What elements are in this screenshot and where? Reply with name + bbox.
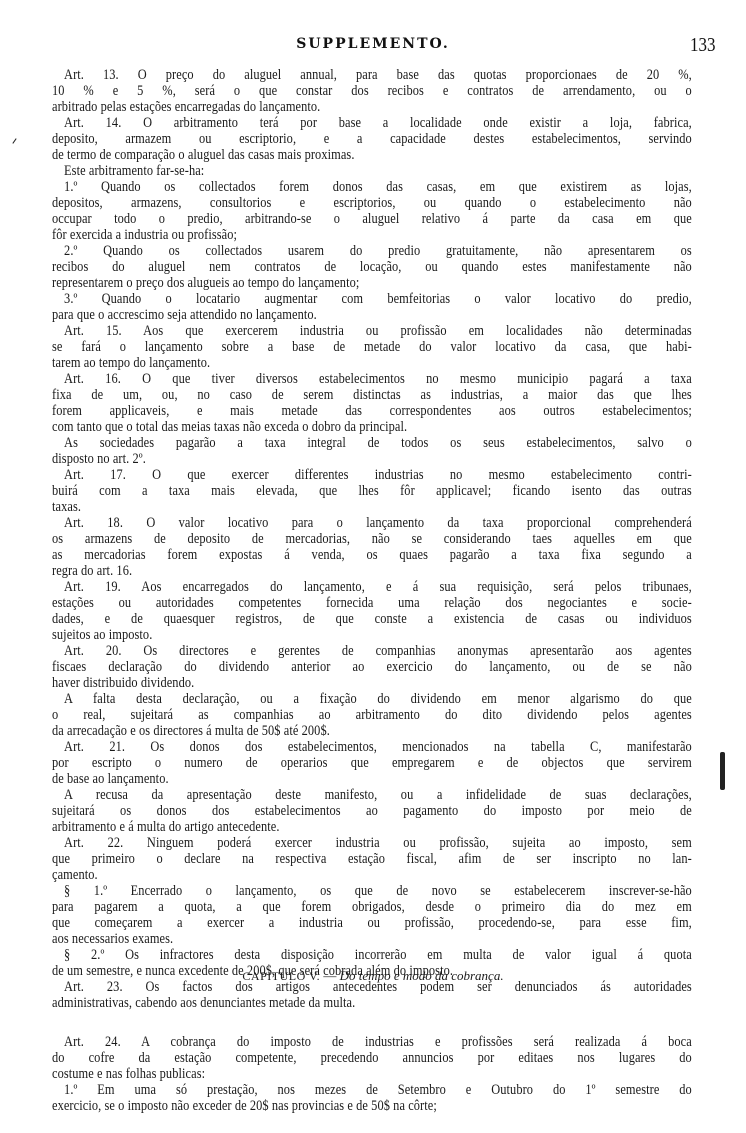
text-line: representarem o preço dos alugueis ao te…	[52, 276, 692, 291]
text-line: fixa de um, ou, no caso de serem distinc…	[52, 388, 692, 403]
text-line: Art. 22. Ninguem poderá exercer industri…	[52, 836, 692, 851]
running-header: SUPPLEMENTO.	[0, 36, 746, 52]
text-line: Art. 19. Aos encarregados do lançamento,…	[52, 580, 692, 595]
text-line: estações ou autoridades competentes forn…	[52, 596, 692, 611]
text-line: A falta desta declaração, ou a fixação d…	[52, 692, 692, 707]
text-line: tarem ao tempo do lançamento.	[52, 356, 692, 371]
text-line: § 1.º Encerrado o lançamento, os que de …	[52, 884, 692, 899]
document-page: SUPPLEMENTO. 133 Art. 13. O preço do alu…	[0, 0, 746, 1133]
text-line: Art. 14. O arbitramento terá por base a …	[52, 116, 692, 131]
text-line: por escripto o numero de operarios que e…	[52, 756, 692, 771]
text-line: arbitrado pelas estações encarregadas do…	[52, 100, 692, 115]
text-line: 10 % e 5 %, será o que constar dos recib…	[52, 84, 692, 99]
text-line: buirá com a taxa mais elevada, que lhes …	[52, 484, 692, 499]
text-line: dades, e de quaesquer registros, de que …	[52, 612, 692, 627]
text-line: os armazens de deposito de mercadorias, …	[52, 532, 692, 547]
text-line: da arrecadação e os directores á multa d…	[52, 724, 692, 739]
text-line: Art. 13. O preço do aluguel annual, para…	[52, 68, 692, 83]
chapter-dash: —	[320, 968, 340, 983]
chapter-label: CAPITULO V.	[242, 969, 320, 983]
scan-artifact	[12, 138, 16, 143]
text-line: 2.º Quando os collectados usarem do pred…	[52, 244, 692, 259]
text-line: administrativas, cabendo aos denunciante…	[52, 996, 692, 1011]
text-line: fiscaes declaração do dividendo anterior…	[52, 660, 692, 675]
text-line: se fará o lançamento sobre a base de met…	[52, 340, 692, 355]
text-line: deposito, armazem ou escriptorio, e a ca…	[52, 132, 692, 147]
text-line: çamento.	[52, 868, 692, 883]
text-line: sujeitará os donos dos estabelecimentos …	[52, 804, 692, 819]
text-line: occupar todo o predio, arbitrando-se o a…	[52, 212, 692, 227]
text-line: Este arbitramento far-se-ha:	[52, 164, 692, 179]
text-line: Art. 18. O valor locativo para o lançame…	[52, 516, 692, 531]
text-line: do cofre da estação competente, preceden…	[52, 1051, 692, 1066]
text-line: para pagarem a quota, a que forem obriga…	[52, 900, 692, 915]
text-line: arbitramento e á multa do artigo anteced…	[52, 820, 692, 835]
text-line: Art. 20. Os directores e gerentes de com…	[52, 644, 692, 659]
text-line: disposto no art. 2º.	[52, 452, 692, 467]
text-line: o real, sujeitará as companhias ao arbit…	[52, 708, 692, 723]
scan-artifact	[720, 752, 725, 790]
text-line: recibos do aluguel nem contratos de loca…	[52, 260, 692, 275]
text-line: § 2.º Os infractores desta disposição in…	[52, 948, 692, 963]
text-line: com tanto que o total das meias taxas nã…	[52, 420, 692, 435]
text-line: Art. 17. O que exercer differentes indus…	[52, 468, 692, 483]
text-line: A recusa da apresentação deste manifesto…	[52, 788, 692, 803]
text-line: de base ao lançamento.	[52, 772, 692, 787]
text-line: Art. 16. O que tiver diversos estabeleci…	[52, 372, 692, 387]
chapter-title: Do tempo e modo da cobrança.	[340, 968, 504, 983]
text-line: costume e nas folhas publicas:	[52, 1067, 692, 1082]
text-line: fôr exercida a industria ou profissão;	[52, 228, 692, 243]
text-line: depositos, armazens, consultorios e escr…	[52, 196, 692, 211]
text-line: As sociedades pagarão a taxa integral de…	[52, 436, 692, 451]
text-line: Art. 21. Os donos dos estabelecimentos, …	[52, 740, 692, 755]
text-line: 1.º Quando os collectados forem donos da…	[52, 180, 692, 195]
text-line: que começarem a exercer a industria ou p…	[52, 916, 692, 931]
text-line: sujeitos ao imposto.	[52, 628, 692, 643]
text-line: taxas.	[52, 500, 692, 515]
text-line: 1.º Em uma só prestação, nos mezes de Se…	[52, 1083, 692, 1098]
page-number: 133	[690, 34, 716, 57]
chapter-heading: CAPITULO V. — Do tempo e modo da cobranç…	[0, 968, 746, 984]
text-line: exercicio, se o imposto não exceder de 2…	[52, 1099, 692, 1114]
text-line: aos necessarios exames.	[52, 932, 692, 947]
text-line: regra do art. 16.	[52, 564, 692, 579]
text-line: as mercadorias forem expostas á venda, o…	[52, 548, 692, 563]
text-line: Art. 24. A cobrança do imposto de indust…	[52, 1035, 692, 1050]
text-line: que primeiro o declare na respectiva est…	[52, 852, 692, 867]
text-line: para que o accrescimo seja attendido no …	[52, 308, 692, 323]
text-line: forem applicaveis, e mais metade das cor…	[52, 404, 692, 419]
text-line: de termo de comparação o aluguel das cas…	[52, 148, 692, 163]
text-line: 3.º Quando o locatario augmentar com bem…	[52, 292, 692, 307]
text-line: Art. 15. Aos que exercerem industria ou …	[52, 324, 692, 339]
text-line: haver distribuido dividendo.	[52, 676, 692, 691]
